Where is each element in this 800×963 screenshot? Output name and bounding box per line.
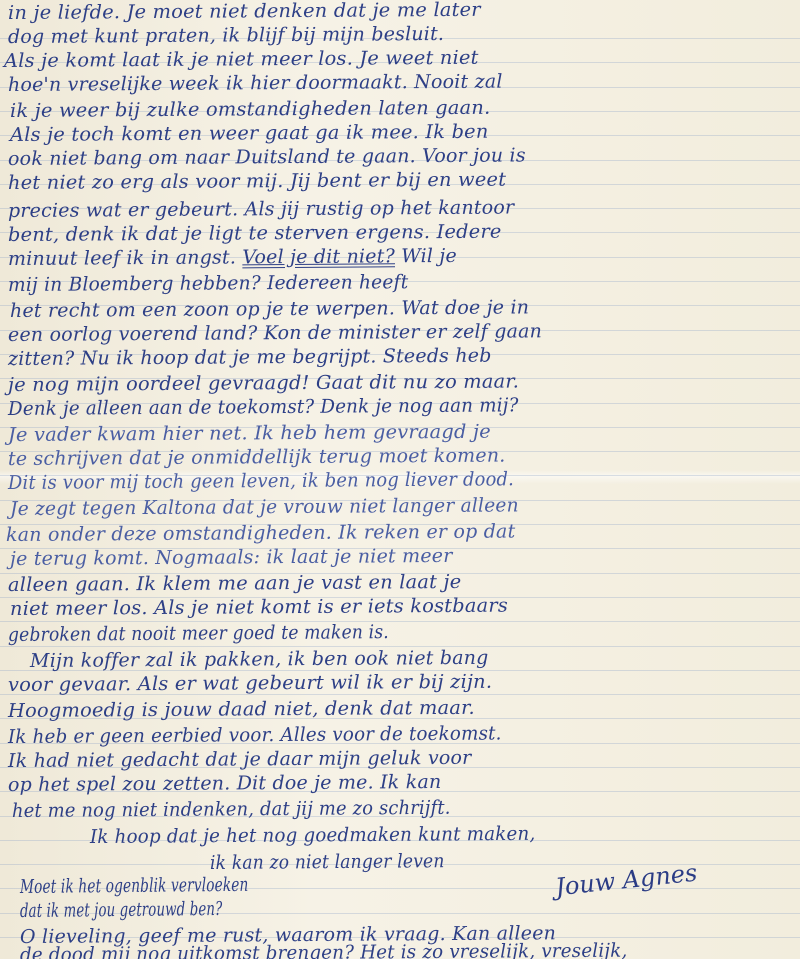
letter-line: het niet zo erg als voor mij. Jij bent e… bbox=[8, 166, 800, 194]
letter-line: Mijn koffer zal ik pakken, ik ben ook ni… bbox=[30, 644, 800, 672]
letter-line: kan onder deze omstandigheden. Ik reken … bbox=[6, 518, 800, 546]
letter-line: gebroken dat nooit meer goed te maken is… bbox=[8, 618, 728, 646]
letter-line: te schrijven dat je onmiddellijk terug m… bbox=[8, 442, 800, 470]
letter-line: dog met kunt praten, ik blijf bij mijn b… bbox=[8, 20, 800, 48]
letter-line: Moet ik het ogenblik vervloeken bbox=[20, 870, 596, 898]
letter-line: bent, denk ik dat je ligt te sterven erg… bbox=[8, 218, 800, 246]
letter-line: dat ik met jou getrouwd ben? bbox=[20, 894, 580, 922]
letter-line: ik je weer bij zulke omstandigheden late… bbox=[10, 94, 800, 122]
letter-line: ook niet bang om naar Duitsland te gaan.… bbox=[8, 142, 800, 170]
letter-page: in je liefde. Je moet niet denken dat je… bbox=[0, 0, 800, 963]
letter-line: Denk je alleen aan de toekomst? Denk je … bbox=[8, 392, 776, 420]
letter-line: Ik hoop dat je het nog goedmaken kunt ma… bbox=[90, 820, 800, 848]
letter-line: hoe'n vreselijke week ik hier doormaakt.… bbox=[8, 68, 800, 96]
letter-line: Je vader kwam hier net. Ik heb hem gevra… bbox=[8, 418, 800, 446]
letter-line: je terug komt. Nogmaals: ik laat je niet… bbox=[10, 542, 800, 570]
letter-line: Dit is voor mij toch geen leven, ik ben … bbox=[8, 466, 760, 494]
letter-line: voor gevaar. Als er wat gebeurt wil ik e… bbox=[8, 668, 800, 696]
letter-line: Je zegt tegen Kaltona dat je vrouw niet … bbox=[10, 492, 794, 520]
page-bottom-edge bbox=[0, 959, 800, 963]
letter-line: zitten? Nu ik hoop dat je me begrijpt. S… bbox=[8, 342, 800, 370]
letter-line: precies wat er gebeurt. Als jij rustig o… bbox=[8, 194, 800, 222]
letter-line: je nog mijn oordeel gevraagd! Gaat dit n… bbox=[8, 368, 800, 396]
letter-line: ik kan zo niet langer leven bbox=[210, 846, 800, 874]
letter-line: minuut leef ik in angst. Voel je dit nie… bbox=[8, 242, 800, 270]
letter-line: het recht om een zoon op je te werpen. W… bbox=[10, 294, 800, 322]
letter-line: een oorlog voerend land? Kon de minister… bbox=[8, 318, 800, 346]
underlined-phrase: Voel je dit niet? bbox=[242, 245, 395, 268]
letter-line: Als je komt laat ik je niet meer los. Je… bbox=[4, 44, 800, 72]
letter-line: Als je toch komt en weer gaat ga ik mee.… bbox=[10, 118, 800, 146]
letter-line: niet meer los. Als je niet komt is er ie… bbox=[10, 592, 800, 620]
letter-line: mij in Bloemberg hebben? Iedereen heeft bbox=[8, 268, 792, 296]
letter-line: alleen gaan. Ik klem me aan je vast en l… bbox=[8, 568, 800, 596]
letter-line: het me nog niet indenken, dat jij me zo … bbox=[12, 794, 764, 822]
